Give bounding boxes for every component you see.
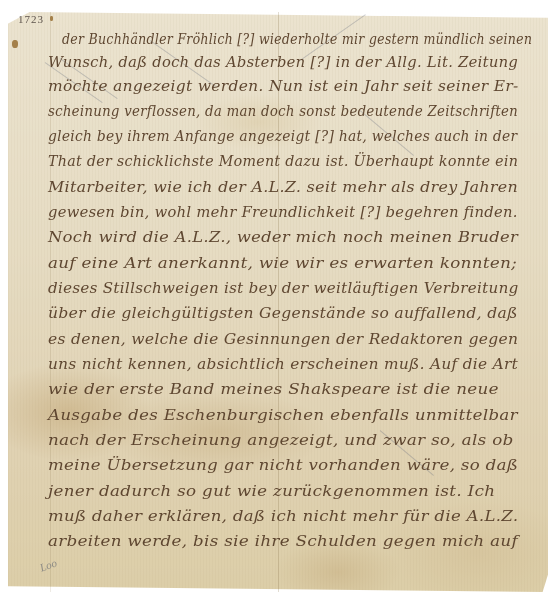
letter-line: möchte angezeigt werden. Nun ist ein Jah… xyxy=(48,79,519,95)
letter-line: arbeiten werde, bis sie ihre Schulden ge… xyxy=(48,534,518,550)
letter-line: meine Übersetzung gar nicht vorhanden wä… xyxy=(48,458,518,474)
paper-fold-center xyxy=(278,12,279,592)
manuscript-scan: 1723 Loo der Buchhändler Fröhlich [?] wi… xyxy=(0,0,555,600)
letter-line: auf eine Art anerkannt, wie wir es erwar… xyxy=(48,256,517,272)
letter-line: muß daher erklären, daß ich nicht mehr f… xyxy=(48,509,518,525)
letter-line: es denen, welche die Gesinnungen der Red… xyxy=(48,332,518,348)
letter-line: dieses Stillschweigen ist bey der weitlä… xyxy=(48,281,519,297)
letter-line: nach der Erscheinung angezeigt, und zwar… xyxy=(48,433,514,449)
letter-line: der Buchhändler Fröhlich [?] wiederholte… xyxy=(62,32,532,48)
letter-line: scheinung verflossen, da man doch sonst … xyxy=(48,104,518,120)
letter-line: gleich bey ihrem Anfange angezeigt [?] h… xyxy=(48,129,517,145)
letter-line: That der schicklichste Moment dazu ist. … xyxy=(48,154,518,170)
letter-line: gewesen bin, wohl mehr Freundlichkeit [?… xyxy=(48,205,518,221)
letter-line: Ausgabe des Eschenburgischen ebenfalls u… xyxy=(48,408,518,424)
letter-line: Mitarbeiter, wie ich der A.L.Z. seit meh… xyxy=(48,180,518,196)
letter-line: über die gleichgültigsten Gegenstände so… xyxy=(48,306,518,322)
letter-line: Wunsch, daß doch das Absterben [?] in de… xyxy=(48,55,518,71)
letter-line: Noch wird die A.L.Z., weder mich noch me… xyxy=(48,230,518,246)
archive-number: 1723 xyxy=(18,14,44,26)
paper-fold-left xyxy=(50,12,51,592)
letter-line: jener dadurch so gut wie zurückgenommen … xyxy=(48,484,495,500)
ink-stain-mark xyxy=(50,16,53,21)
letter-line: wie der erste Band meines Shakspeare ist… xyxy=(48,382,499,398)
letter-line: uns nicht kennen, absichtlich erscheinen… xyxy=(48,357,518,373)
ink-stain-mark xyxy=(12,40,18,48)
